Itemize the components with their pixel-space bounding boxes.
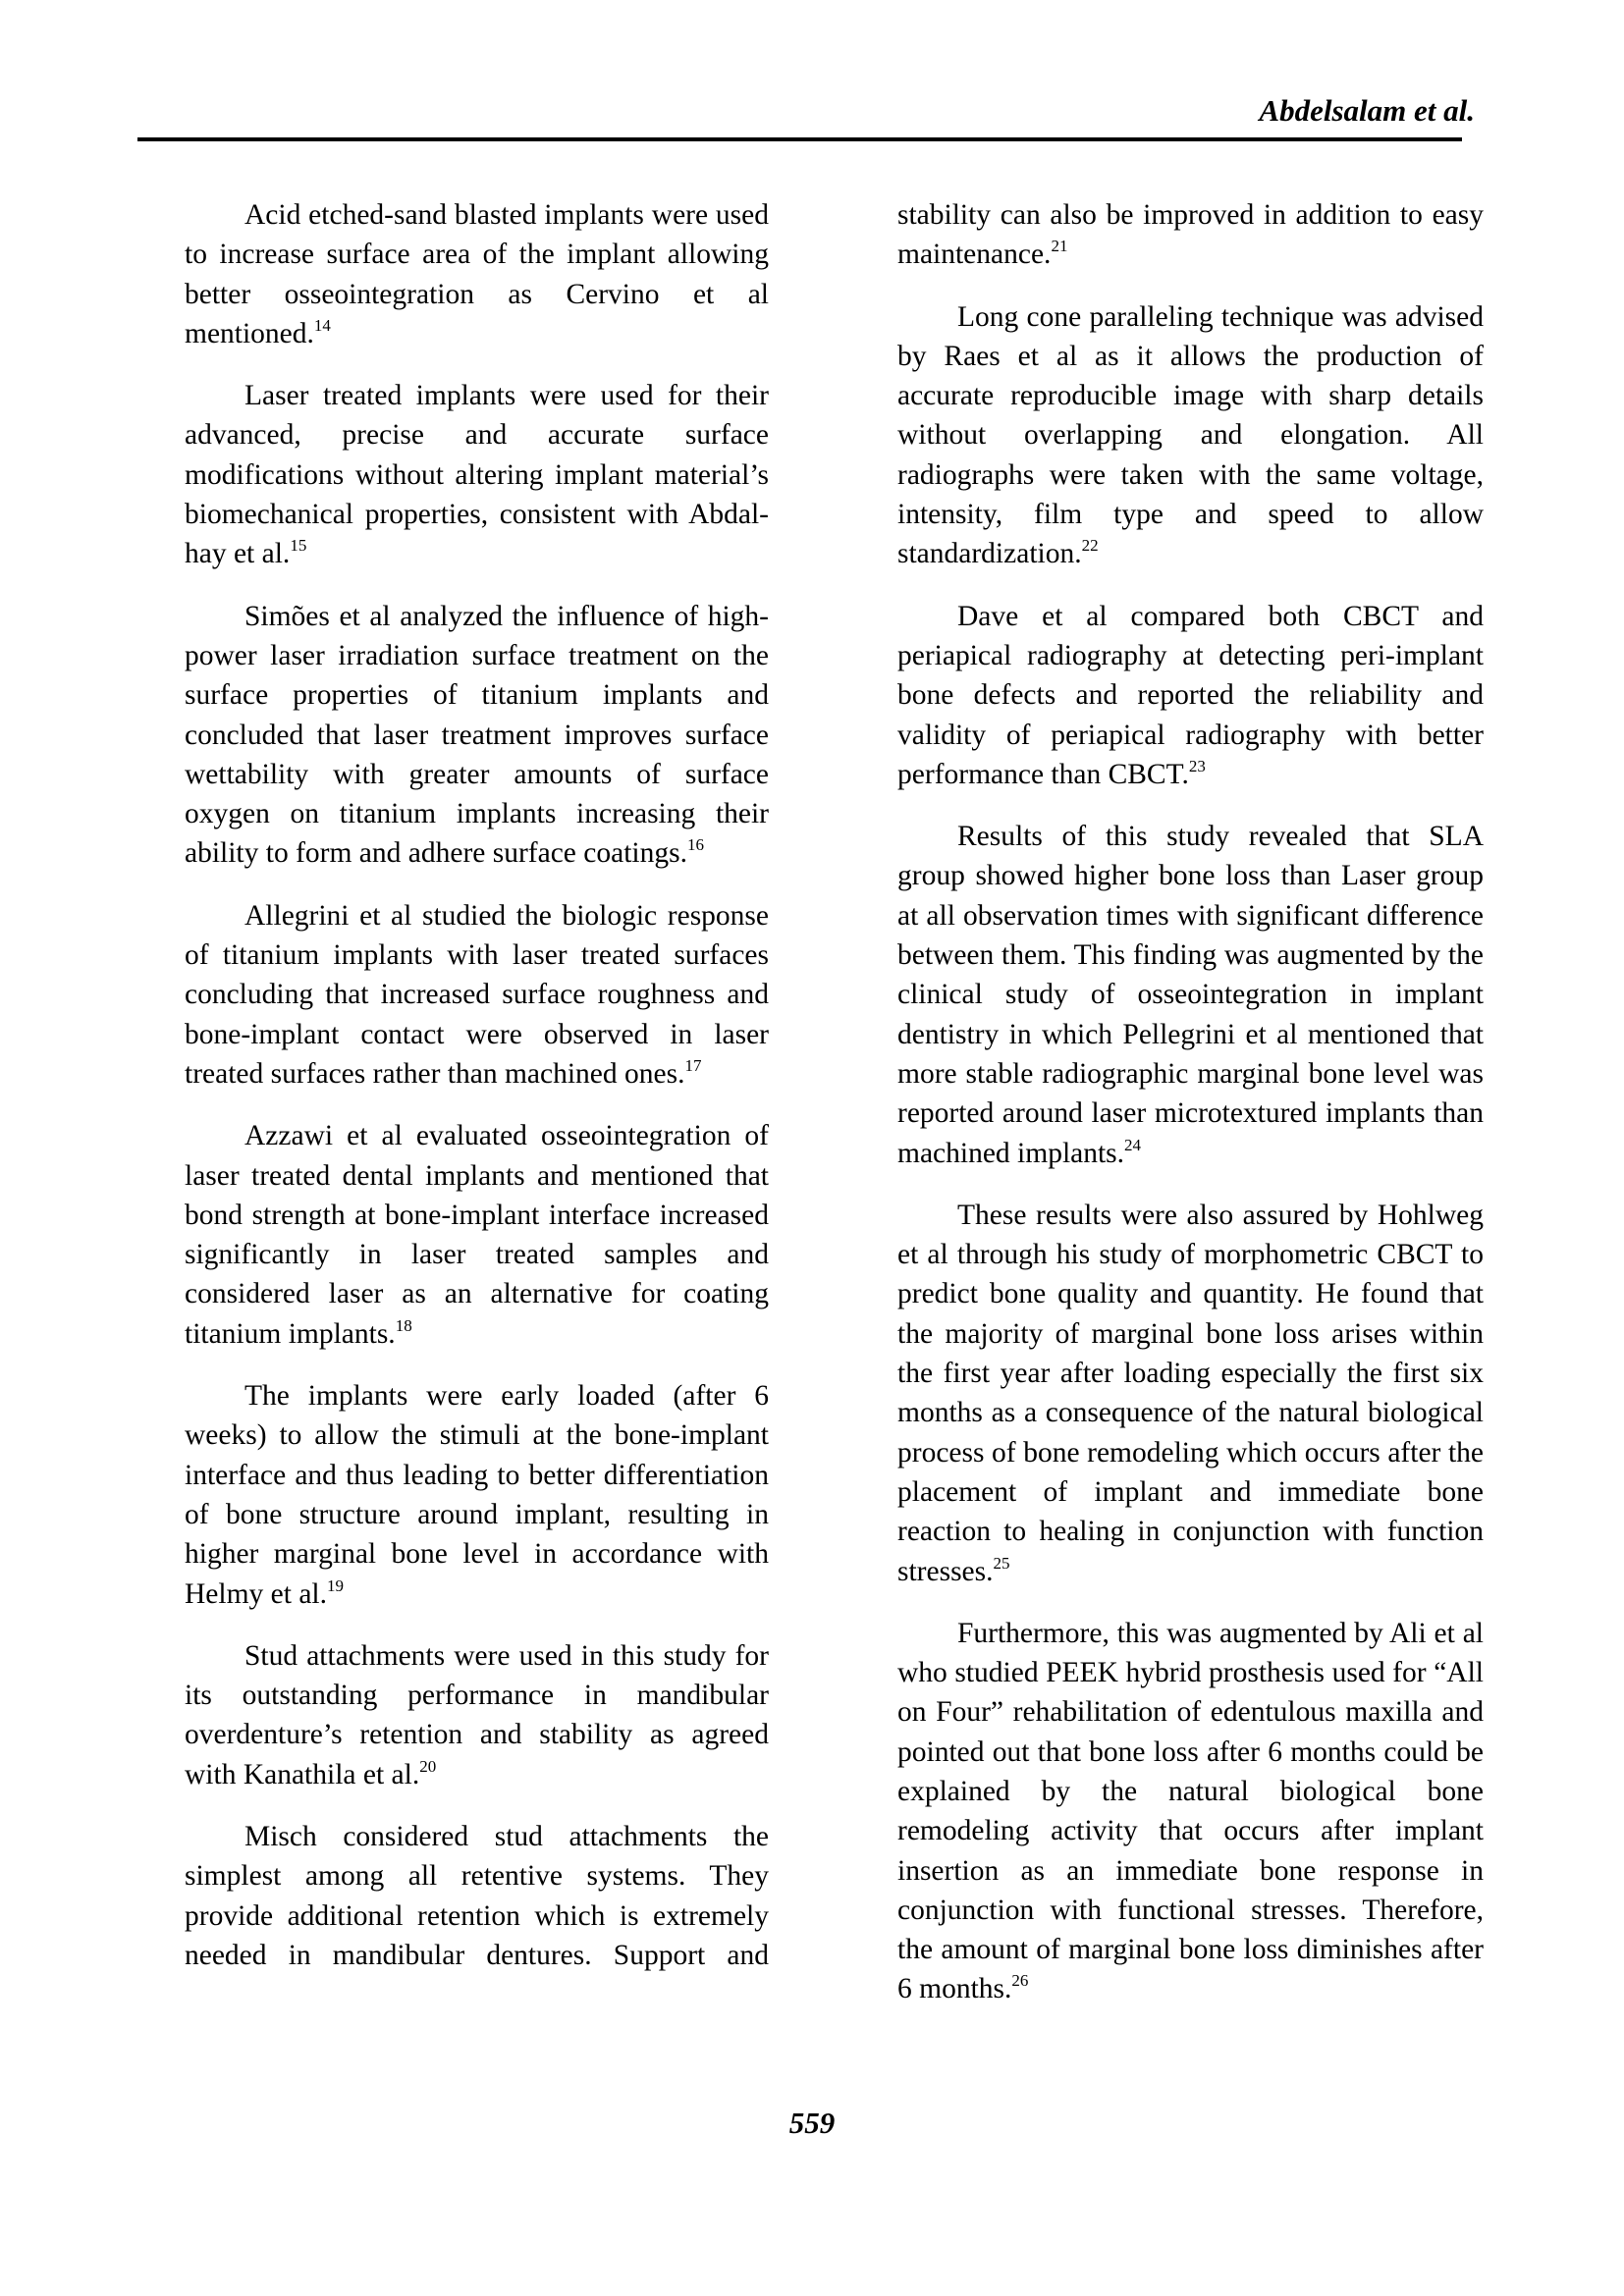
citation-ref: 17 bbox=[684, 1056, 701, 1075]
paragraph-text: The implants were early loaded (after 6 … bbox=[185, 1380, 769, 1609]
paragraph-helmy: The implants were early loaded (after 6 … bbox=[185, 1376, 769, 1614]
paragraph-simoes: Simões et al analyzed the influence of h… bbox=[185, 597, 769, 874]
paragraph-text: Simões et al analyzed the influence of h… bbox=[185, 601, 769, 870]
citation-ref: 21 bbox=[1051, 237, 1067, 255]
paragraph-text: Results of this study revealed that SLA … bbox=[897, 821, 1484, 1168]
paragraph-text: Acid etched-sand blasted implants were u… bbox=[185, 199, 769, 349]
paragraph-misch: Misch considered stud attachments the si… bbox=[185, 1817, 769, 1975]
citation-ref: 18 bbox=[396, 1316, 412, 1335]
paragraph-text: Stud attachments were used in this study… bbox=[185, 1640, 769, 1790]
citation-ref: 14 bbox=[314, 316, 331, 335]
paragraph-dave: Dave et al compared both CBCT and periap… bbox=[897, 597, 1484, 794]
paragraph-results: Results of this study revealed that SLA … bbox=[897, 817, 1484, 1173]
paragraph-abdal-hay: Laser treated implants were used for the… bbox=[185, 376, 769, 573]
paragraph-ali: Furthermore, this was augmented by Ali e… bbox=[897, 1614, 1484, 2009]
right-column: stability can also be improved in additi… bbox=[897, 195, 1484, 2032]
paragraph-text: These results were also assured by Hohlw… bbox=[897, 1200, 1484, 1587]
paragraph-hohlweg: These results were also assured by Hohlw… bbox=[897, 1196, 1484, 1591]
citation-ref: 16 bbox=[687, 835, 704, 854]
paragraph-text: Long cone paralleling technique was advi… bbox=[897, 301, 1484, 570]
citation-ref: 22 bbox=[1082, 536, 1099, 555]
paragraph-misch-continued: stability can also be improved in additi… bbox=[897, 195, 1484, 275]
running-head: Abdelsalam et al. bbox=[137, 94, 1475, 128]
citation-ref: 20 bbox=[419, 1757, 436, 1776]
citation-ref: 23 bbox=[1189, 757, 1206, 775]
header-rule bbox=[137, 137, 1462, 141]
paragraph-azzawi: Azzawi et al evaluated osseointegration … bbox=[185, 1116, 769, 1354]
paragraph-kanathila: Stud attachments were used in this study… bbox=[185, 1636, 769, 1794]
left-column: Acid etched-sand blasted implants were u… bbox=[185, 195, 769, 1998]
paragraph-allegrini: Allegrini et al studied the biologic res… bbox=[185, 896, 769, 1094]
paragraph-text: Furthermore, this was augmented by Ali e… bbox=[897, 1618, 1484, 2005]
paragraph-cervino: Acid etched-sand blasted implants were u… bbox=[185, 195, 769, 353]
page-number: 559 bbox=[0, 2107, 1624, 2140]
paragraph-raes: Long cone paralleling technique was advi… bbox=[897, 297, 1484, 574]
paragraph-text: Azzawi et al evaluated osseointegration … bbox=[185, 1120, 769, 1349]
paragraph-text: Misch considered stud attachments the si… bbox=[185, 1821, 769, 1971]
citation-ref: 26 bbox=[1011, 1971, 1028, 1990]
citation-ref: 24 bbox=[1124, 1136, 1141, 1154]
citation-ref: 15 bbox=[290, 536, 306, 555]
citation-ref: 19 bbox=[327, 1576, 344, 1595]
paragraph-text: Laser treated implants were used for the… bbox=[185, 380, 769, 569]
paragraph-text: Allegrini et al studied the biologic res… bbox=[185, 900, 769, 1090]
citation-ref: 25 bbox=[994, 1554, 1010, 1573]
paragraph-text: stability can also be improved in additi… bbox=[897, 199, 1484, 270]
